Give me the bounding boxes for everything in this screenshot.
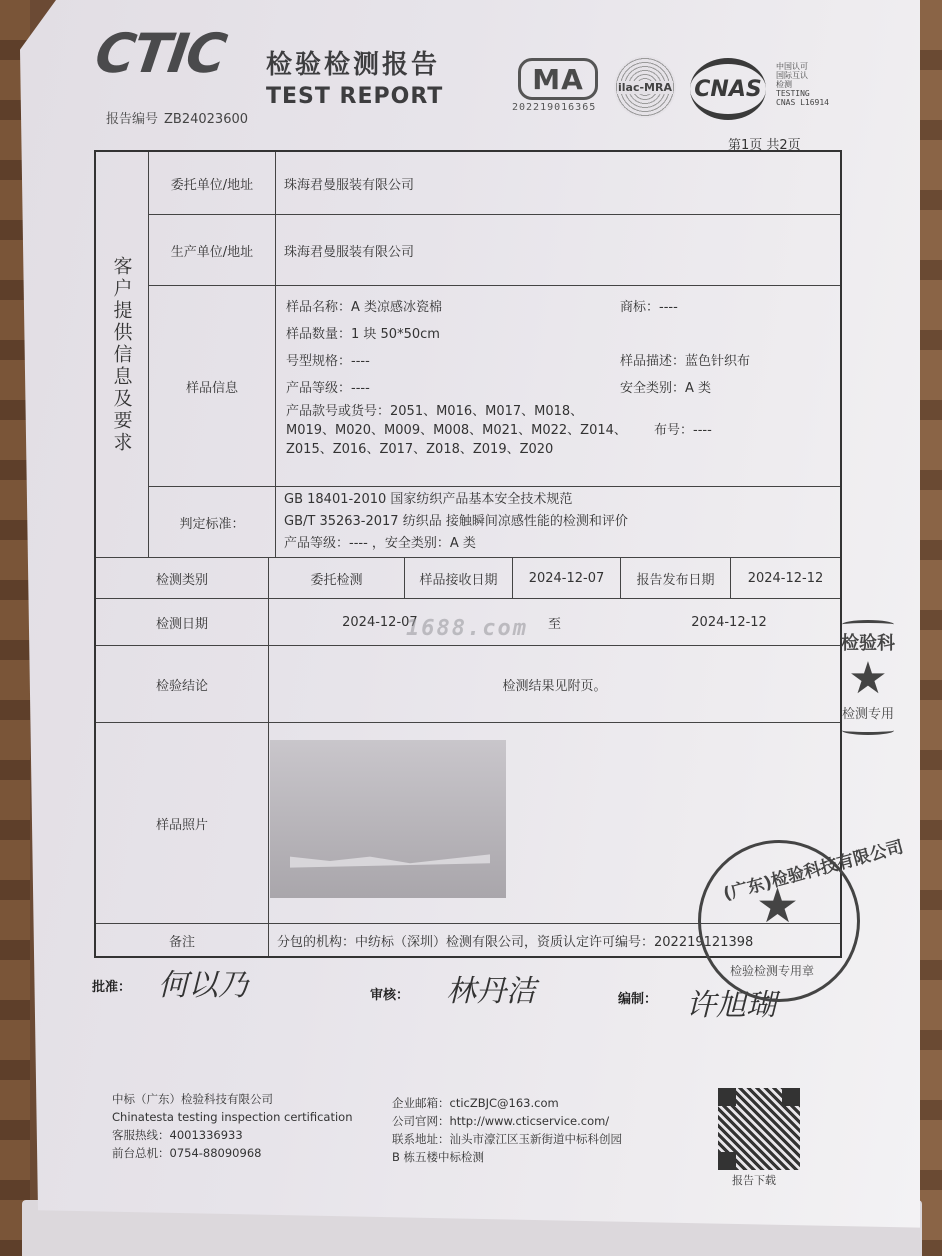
sample-description: 样品描述：蓝色针织布 <box>620 350 830 369</box>
footer-contact-info: 企业邮箱：cticZBJC@163.com 公司官网：http://www.ct… <box>392 1094 622 1166</box>
cma-number: 202219016365 <box>512 102 596 113</box>
test-date-label: 检测日期 <box>96 599 268 645</box>
test-type-label: 检测类别 <box>96 558 268 598</box>
test-type-row: 检测类别 委托检测 样品接收日期 2024-12-07 报告发布日期 2024-… <box>96 557 840 598</box>
company-email[interactable]: 企业邮箱：cticZBJC@163.com <box>392 1094 622 1112</box>
test-date-to: 2024-12-12 <box>691 615 767 630</box>
entrust-label: 委托单位/地址 <box>149 152 275 214</box>
company-name-cn: 中标（广东）检验科技有限公司 <box>112 1090 353 1108</box>
test-date-range: 2024-12-07 至 2024-12-12 <box>268 599 840 645</box>
ilac-mra-logo-icon: ilac-MRA <box>614 56 676 118</box>
style-number-line-1: 产品款号或货号：2051、M016、M017、M018、 <box>286 400 830 419</box>
standard-row: 判定标准： GB 18401-2010 国家纺织产品基本安全技术规范 GB/T … <box>149 486 840 557</box>
cma-logo-icon: MA <box>518 58 598 100</box>
watermark: 1688.com <box>406 616 528 641</box>
entrust-row: 委托单位/地址 珠海君曼服装有限公司 <box>149 152 840 214</box>
sample-grade: 产品等级：---- <box>286 377 620 396</box>
company-name-en: Chinatesta testing inspection certificat… <box>112 1108 353 1126</box>
receive-date-label: 样品接收日期 <box>404 558 512 598</box>
style-number-line-2: M019、M020、M009、M008、M021、M022、Z014、 <box>286 419 654 438</box>
approve-label: 批准： <box>92 976 131 995</box>
star-icon: ★ <box>836 655 900 703</box>
receive-date-value: 2024-12-07 <box>512 558 620 598</box>
test-date-to-word: 至 <box>548 613 561 632</box>
style-number-line-3: Z015、Z016、Z017、Z018、Z019、Z020 <box>286 438 830 457</box>
stamp-center-text: 检验检测专用章 <box>730 962 814 979</box>
sample-info-label: 样品信息 <box>149 286 275 486</box>
entrust-value: 珠海君曼服装有限公司 <box>275 152 840 214</box>
report-number: 报告编号ZB24023600 <box>106 108 248 127</box>
conclusion-row: 检验结论 检测结果见附页。 <box>96 645 840 722</box>
producer-label: 生产单位/地址 <box>149 215 275 285</box>
review-label: 审核： <box>370 984 409 1003</box>
report-title-en: TEST REPORT <box>266 84 443 109</box>
sample-info-details: 样品名称：A 类凉感冰瓷棉商标：---- 样品数量：1 块 50*50cm 号型… <box>275 286 840 486</box>
standard-label: 判定标准： <box>149 487 275 557</box>
side-seal-stamp: 检验科 ★ 检测专用 <box>836 620 900 735</box>
standard-3: 产品等级：---- ，安全类别：A 类 <box>284 533 476 555</box>
hotline: 客服热线：4001336933 <box>112 1126 353 1144</box>
address-line-1: 联系地址：汕头市濠江区玉新街道中标科创园 <box>392 1130 622 1148</box>
qr-code-icon[interactable] <box>718 1088 800 1170</box>
review-signature: 林丹洁 <box>446 966 536 1010</box>
client-info-section: 客户提供信息及要求 委托单位/地址 珠海君曼服装有限公司 生产单位/地址 珠海君… <box>96 152 840 557</box>
standard-values: GB 18401-2010 国家纺织产品基本安全技术规范 GB/T 35263-… <box>275 487 840 557</box>
cnas-accreditation-text: 中国认可 国际互认 检测 TESTING CNAS L16914 <box>776 62 829 107</box>
cnas-logo-icon: CNAS <box>690 58 766 120</box>
conclusion-value: 检测结果见附页。 <box>268 646 840 722</box>
front-desk: 前台总机：0754-88090968 <box>112 1144 353 1162</box>
company-website[interactable]: 公司官网：http://www.cticservice.com/ <box>392 1112 622 1130</box>
photo-label: 样品照片 <box>96 723 268 923</box>
sample-spec: 号型规格：---- <box>286 350 620 369</box>
cloth-number: 布号：---- <box>654 419 830 438</box>
test-type-value: 委托检测 <box>268 558 404 598</box>
address-line-2: B 栋五楼中标检测 <box>392 1148 622 1166</box>
issue-date-value: 2024-12-12 <box>730 558 840 598</box>
stamp-star-icon: ★ <box>756 878 799 934</box>
report-number-value: ZB24023600 <box>164 112 248 127</box>
sample-info-row: 样品信息 样品名称：A 类凉感冰瓷棉商标：---- 样品数量：1 块 50*50… <box>149 285 840 486</box>
client-info-label: 客户提供信息及要求 <box>96 152 149 557</box>
sample-safety-class: 安全类别：A 类 <box>620 377 830 396</box>
conclusion-label: 检验结论 <box>96 646 268 722</box>
producer-value: 珠海君曼服装有限公司 <box>275 215 840 285</box>
issue-date-label: 报告发布日期 <box>620 558 730 598</box>
report-number-label: 报告编号 <box>106 112 158 127</box>
prepare-label: 编制： <box>618 988 657 1007</box>
sample-name: 样品名称：A 类凉感冰瓷棉 <box>286 296 620 315</box>
remark-label: 备注 <box>96 924 268 956</box>
sample-trademark: 商标：---- <box>620 296 830 315</box>
ctic-logo: CTIC <box>92 22 229 85</box>
standard-1: GB 18401-2010 国家纺织产品基本安全技术规范 <box>284 489 572 511</box>
report-title-cn: 检验检测报告 <box>266 44 440 81</box>
standard-2: GB/T 35263-2017 纺织品 接触瞬间凉感性能的检测和评价 <box>284 511 628 533</box>
sample-quantity: 样品数量：1 块 50*50cm <box>286 323 620 342</box>
approve-signature: 何以乃 <box>158 960 248 1004</box>
sample-photo <box>270 740 506 898</box>
footer-company-info: 中标（广东）检验科技有限公司 Chinatesta testing inspec… <box>112 1090 353 1162</box>
producer-row: 生产单位/地址 珠海君曼服装有限公司 <box>149 214 840 285</box>
qr-code-label: 报告下载 <box>732 1172 776 1188</box>
